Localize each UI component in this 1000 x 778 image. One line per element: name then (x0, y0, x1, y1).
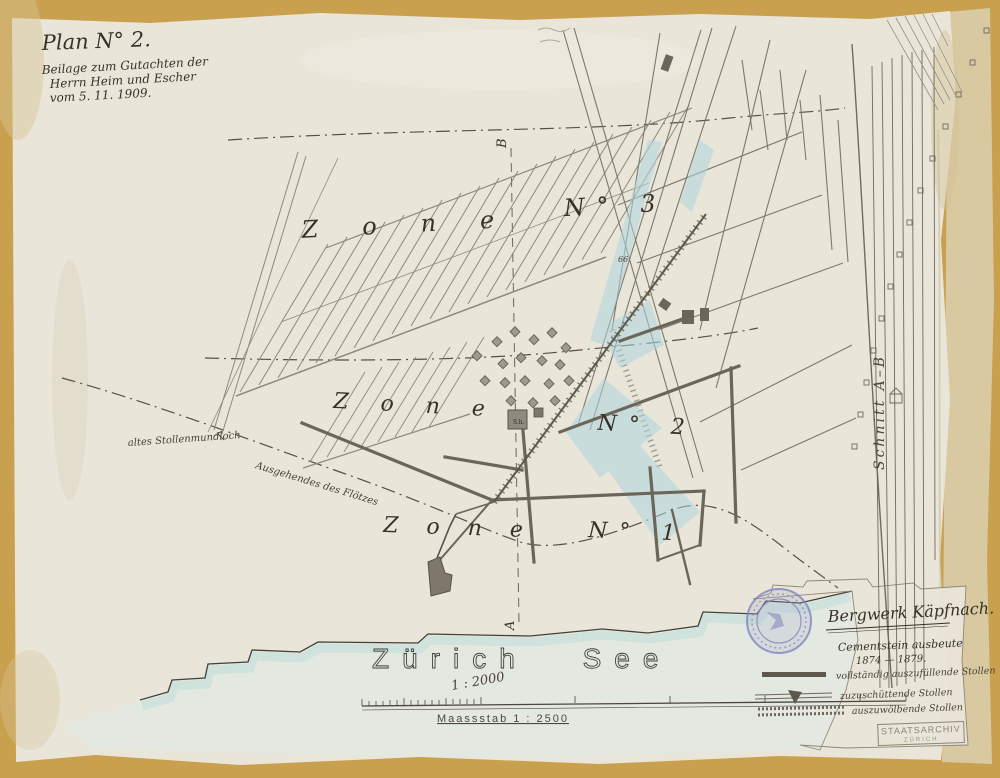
round-stamp (747, 589, 811, 653)
section-b-label: B (495, 138, 510, 149)
zone1-number: N° 1 (587, 518, 688, 546)
age-stain (931, 30, 959, 210)
map-canvas: STAATSARCHIV ZÜRICH Plan N° 2. Beilage z… (0, 0, 1000, 778)
lake-name: Zürich See (372, 643, 671, 674)
scanned-map-sheet: STAATSARCHIV ZÜRICH Plan N° 2. Beilage z… (0, 0, 1000, 778)
map-note-66: 66 (618, 255, 628, 264)
age-highlight (300, 30, 700, 90)
profile-label: Schnitt A–B (872, 354, 888, 470)
section-a-label: A (503, 621, 518, 631)
plan-number: Plan N° 2. (40, 27, 151, 55)
age-stain (0, 650, 60, 750)
zone2-number: N° 2 (596, 411, 697, 441)
zone3-number: N° 3 (562, 189, 668, 222)
shaft-label: S.h. (513, 419, 525, 426)
scale-label: Maassstab 1 : 2500 (437, 713, 569, 725)
small-building (534, 408, 543, 417)
archive-stamp-line2: ZÜRICH (904, 735, 939, 743)
